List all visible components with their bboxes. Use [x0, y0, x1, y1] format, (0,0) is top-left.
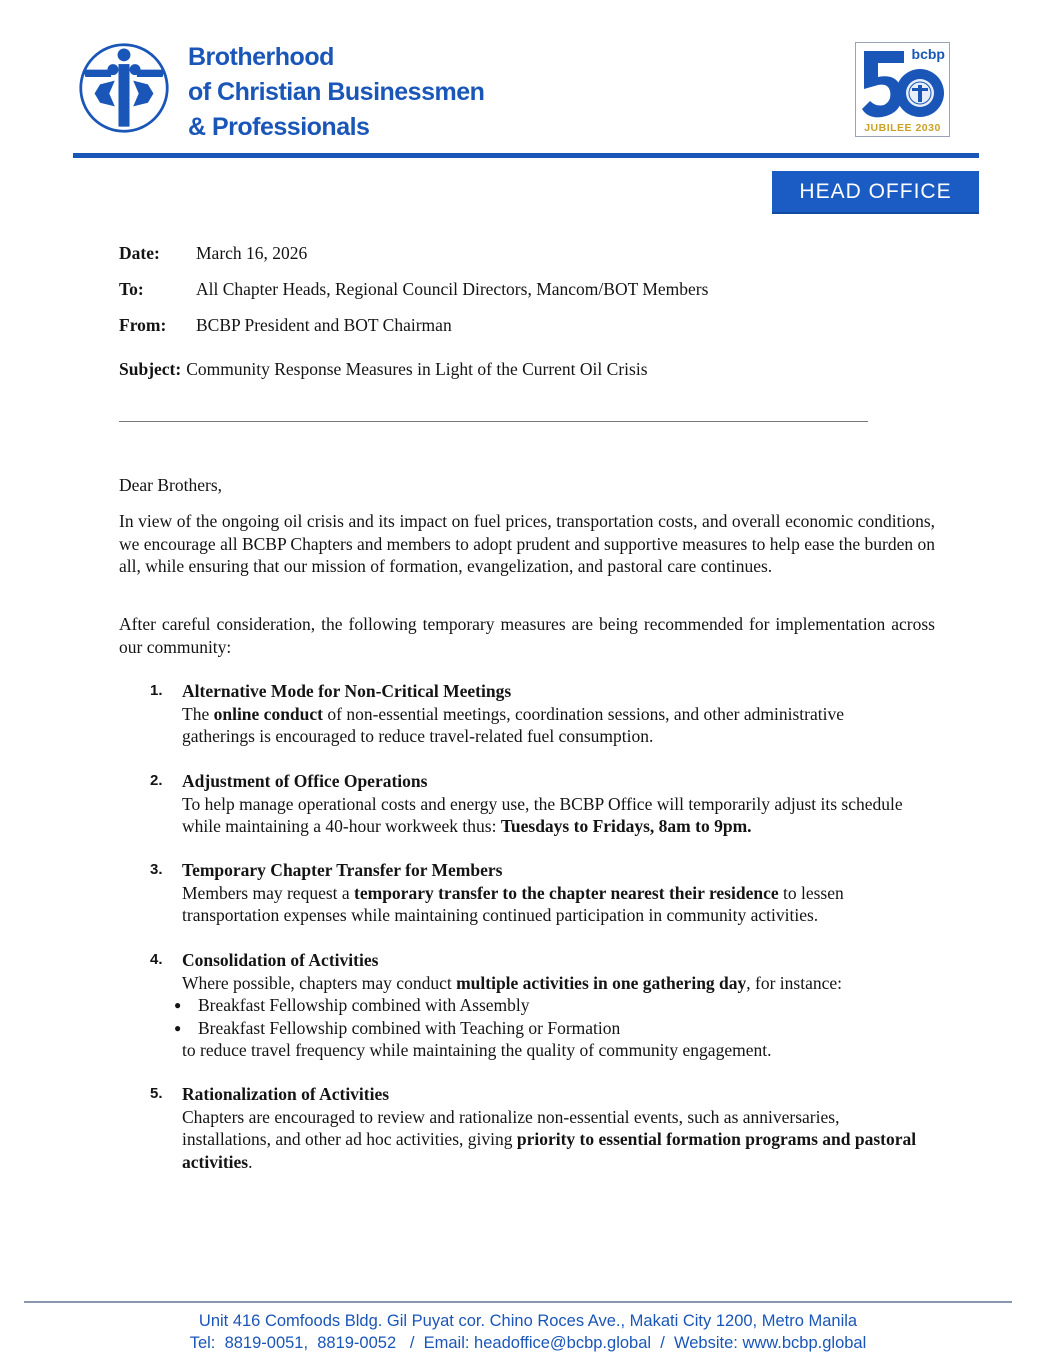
header-divider: [73, 153, 979, 158]
measure-4: 4. Consolidation of Activities Where pos…: [150, 949, 920, 1062]
measure-body: Members may request a temporary transfer…: [182, 882, 920, 927]
bullet-item: Breakfast Fellowship combined with Teach…: [198, 1017, 920, 1040]
from-label: From:: [119, 314, 196, 336]
date-value: March 16, 2026: [196, 243, 307, 263]
measure-number: 1.: [150, 680, 163, 703]
measure-title: Consolidation of Activities: [182, 949, 920, 972]
footer-address: Unit 416 Comfoods Bldg. Gil Puyat cor. C…: [0, 1310, 1056, 1332]
memo-to-row: To:All Chapter Heads, Regional Council D…: [119, 278, 708, 300]
bullet-item: Breakfast Fellowship combined with Assem…: [198, 994, 920, 1017]
measure-closing: to reduce travel frequency while maintai…: [182, 1039, 920, 1062]
lead-in-paragraph: After careful consideration, the followi…: [119, 613, 935, 658]
subject-value: Community Response Measures in Light of …: [186, 359, 647, 379]
measure-body: Chapters are encouraged to review and ra…: [182, 1106, 920, 1174]
memo-from-row: From:BCBP President and BOT Chairman: [119, 314, 452, 336]
measure-body: Where possible, chapters may conduct mul…: [182, 972, 920, 995]
measure-number: 4.: [150, 949, 163, 972]
to-value: All Chapter Heads, Regional Council Dire…: [196, 279, 708, 299]
intro-paragraph: In view of the ongoing oil crisis and it…: [119, 510, 935, 578]
measure-body: The online conduct of non-essential meet…: [182, 703, 920, 748]
memo-subject-row: Subject:Community Response Measures in L…: [119, 358, 648, 380]
jubilee-badge: bcbp JUBILEE 2030: [855, 42, 950, 137]
measure-2: 2. Adjustment of Office Operations To he…: [150, 770, 920, 838]
head-office-banner: HEAD OFFICE: [772, 171, 979, 214]
org-name-line-3: & Professionals: [188, 110, 484, 145]
measure-bullets: Breakfast Fellowship combined with Assem…: [150, 994, 920, 1039]
jubilee-brand: bcbp: [912, 46, 945, 62]
measure-3: 3. Temporary Chapter Transfer for Member…: [150, 859, 920, 927]
footer-contact: Tel: 8819-0051, 8819-0052 / Email: heado…: [0, 1332, 1056, 1354]
measure-title: Alternative Mode for Non-Critical Meetin…: [182, 680, 920, 703]
measure-number: 3.: [150, 859, 163, 882]
date-label: Date:: [119, 242, 196, 264]
measure-title: Adjustment of Office Operations: [182, 770, 920, 793]
subject-label: Subject:: [119, 358, 181, 380]
org-name-line-1: Brotherhood: [188, 40, 484, 75]
measure-5: 5. Rationalization of Activities Chapter…: [150, 1083, 920, 1173]
memo-separator: [119, 421, 868, 422]
from-value: BCBP President and BOT Chairman: [196, 315, 452, 335]
measure-number: 2.: [150, 770, 163, 793]
measure-1: 1. Alternative Mode for Non-Critical Mee…: [150, 680, 920, 748]
jubilee-caption: JUBILEE 2030: [856, 122, 949, 134]
footer-divider: [24, 1301, 1012, 1303]
measure-number: 5.: [150, 1083, 163, 1106]
salutation: Dear Brothers,: [119, 474, 935, 497]
memo-date-row: Date:March 16, 2026: [119, 242, 307, 264]
org-name-line-2: of Christian Businessmen: [188, 75, 484, 110]
measure-body: To help manage operational costs and ene…: [182, 793, 920, 838]
organization-name: Brotherhood of Christian Businessmen & P…: [188, 40, 484, 145]
measure-title: Temporary Chapter Transfer for Members: [182, 859, 920, 882]
bcbp-logo-icon: [78, 42, 170, 134]
measure-title: Rationalization of Activities: [182, 1083, 920, 1106]
to-label: To:: [119, 278, 196, 300]
